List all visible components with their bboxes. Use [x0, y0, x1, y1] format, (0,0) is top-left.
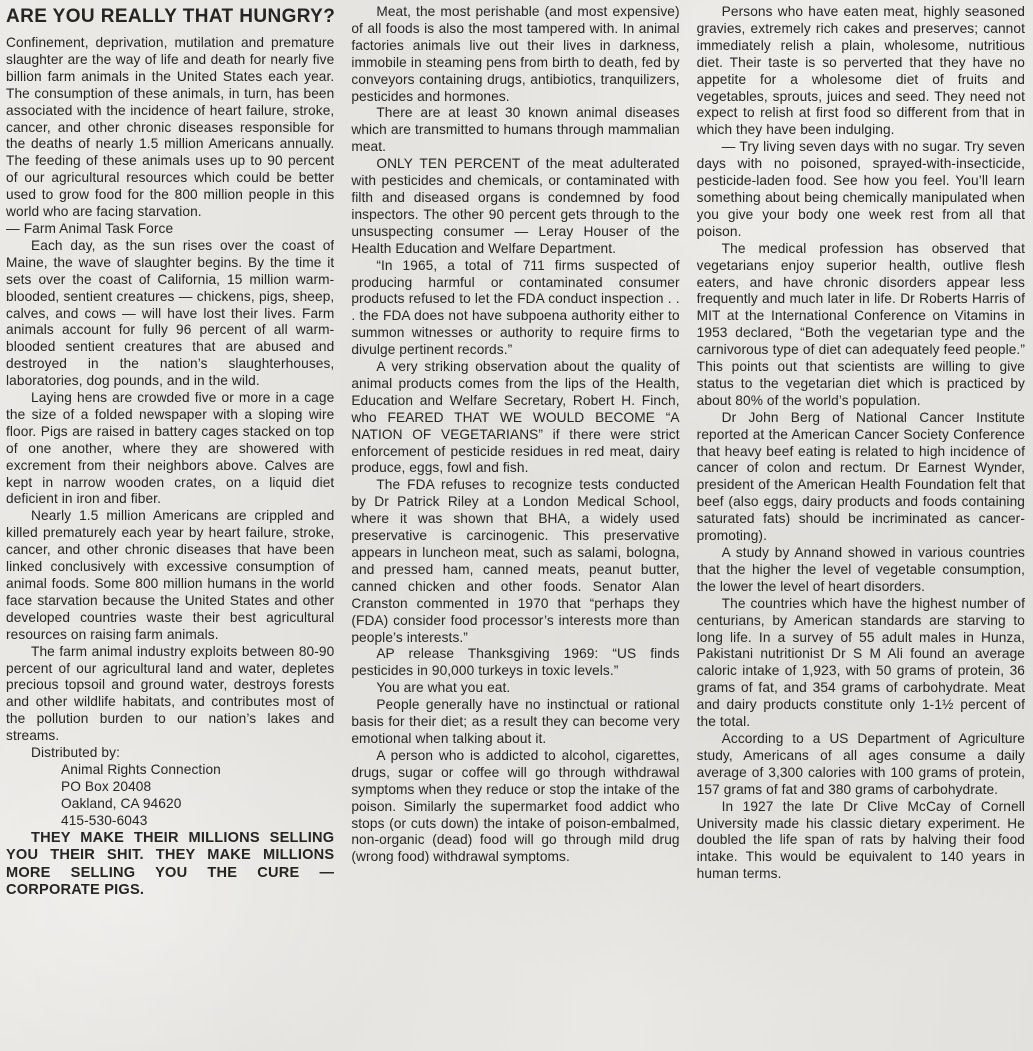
column-3: Persons who have eaten meat, highly seas…: [697, 4, 1025, 1051]
body-paragraph: A study by Annand showed in various coun…: [697, 545, 1025, 596]
address-line: 415-530-6043: [6, 813, 334, 830]
address-line: Animal Rights Connection: [6, 762, 334, 779]
body-paragraph: The FDA refuses to recognize tests condu…: [351, 477, 679, 646]
column-2: Meat, the most perishable (and most expe…: [351, 4, 679, 1051]
body-paragraph: In 1927 the late Dr Clive McCay of Corne…: [697, 799, 1025, 884]
body-paragraph: A very striking observation about the qu…: [351, 359, 679, 477]
body-paragraph: Laying hens are crowded five or more in …: [6, 390, 334, 508]
attribution-line: — Farm Animal Task Force: [6, 221, 334, 238]
body-paragraph: People generally have no instinctual or …: [351, 697, 679, 748]
body-paragraph: “In 1965, a total of 711 firms suspected…: [351, 258, 679, 359]
body-paragraph: AP release Thanksgiving 1969: “US finds …: [351, 646, 679, 680]
body-paragraph: Dr John Berg of National Cancer Institut…: [697, 410, 1025, 545]
body-paragraph: The countries which have the highest num…: [697, 596, 1025, 731]
body-paragraph: According to a US Department of Agricult…: [697, 731, 1025, 799]
distributed-by-label: Distributed by:: [6, 745, 334, 762]
page-title: ARE YOU REALLY THAT HUNGRY?: [6, 6, 334, 28]
address-line: PO Box 20408: [6, 779, 334, 796]
slogan-paragraph: THEY MAKE THEIR MILLIONS SELLING YOU THE…: [6, 830, 334, 900]
body-paragraph: Nearly 1.5 million Americans are cripple…: [6, 508, 334, 643]
body-paragraph: Confinement, deprivation, mutilation and…: [6, 35, 334, 221]
body-paragraph: Each day, as the sun rises over the coas…: [6, 238, 334, 390]
body-paragraph: A person who is addicted to alcohol, cig…: [351, 748, 679, 866]
address-line: Oakland, CA 94620: [6, 796, 334, 813]
column-1: ARE YOU REALLY THAT HUNGRY? Confinement,…: [6, 4, 334, 1051]
body-paragraph: There are at least 30 known animal disea…: [351, 105, 679, 156]
body-paragraph: — Try living seven days with no sugar. T…: [697, 139, 1025, 240]
body-paragraph: Persons who have eaten meat, highly seas…: [697, 4, 1025, 139]
body-paragraph: The medical profession has observed that…: [697, 241, 1025, 410]
body-paragraph: Meat, the most perishable (and most expe…: [351, 4, 679, 105]
body-paragraph: The farm animal industry exploits betwee…: [6, 644, 334, 745]
body-paragraph: You are what you eat.: [351, 680, 679, 697]
body-paragraph: ONLY TEN PERCENT of the meat adulterated…: [351, 156, 679, 257]
pamphlet-page: ARE YOU REALLY THAT HUNGRY? Confinement,…: [0, 0, 1033, 1051]
